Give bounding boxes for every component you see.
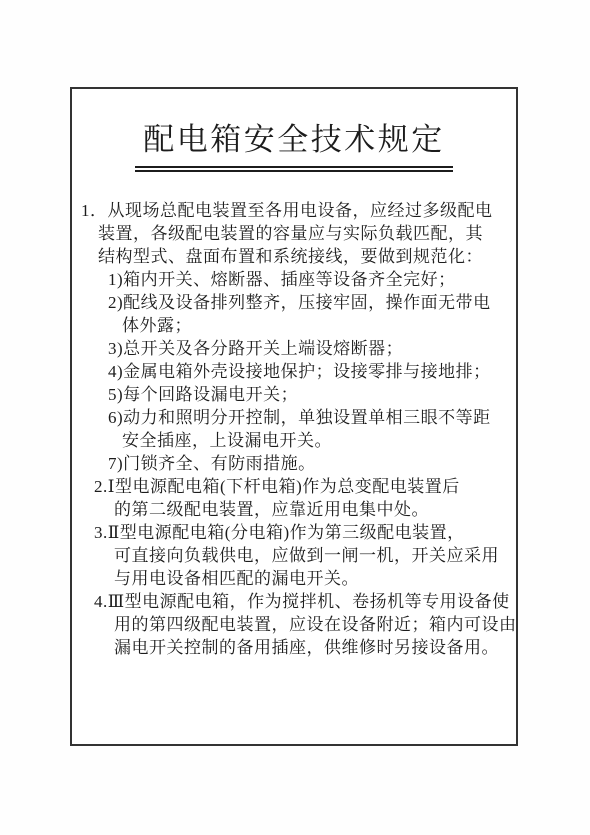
doc-line: 装置，各级配电装置的容量应与实际负载匹配，其 [72, 222, 516, 245]
doc-line-item2: 2.Ⅰ型电源配电箱(下杆电箱)作为总变配电装置后 [72, 475, 516, 498]
doc-subitem-2: 2)配线及设备排列整齐，压接牢固，操作面无带电 [72, 291, 516, 314]
doc-line: 可直接向负载供电，应做到一闸一机，开关应采用 [72, 544, 516, 567]
scanned-page: 配电箱安全技术规定 1．从现场总配电装置至各用电设备，应经过多级配电 装置，各级… [0, 0, 590, 835]
doc-line: 与用电设备相匹配的漏电开关。 [72, 567, 516, 590]
doc-line: 安全插座，上设漏电开关。 [72, 429, 516, 452]
doc-line: 结构型式、盘面布置和系统接线，要做到规范化： [72, 245, 516, 268]
title-block: 配电箱安全技术规定 [72, 122, 516, 168]
doc-subitem-3: 3)总开关及各分路开关上端设熔断器； [72, 337, 516, 360]
doc-subitem-6: 6)动力和照明分开控制，单独设置单相三眼不等距 [72, 406, 516, 429]
doc-subitem-1: 1)箱内开关、熔断器、插座等设备齐全完好； [72, 268, 516, 291]
doc-line: 体外露； [72, 314, 516, 337]
page-title: 配电箱安全技术规定 [135, 122, 453, 168]
doc-subitem-5: 5)每个回路设漏电开关； [72, 383, 516, 406]
document-border-frame: 配电箱安全技术规定 1．从现场总配电装置至各用电设备，应经过多级配电 装置，各级… [70, 87, 518, 746]
doc-subitem-4: 4)金属电箱外壳设接地保护；设接零排与接地排； [72, 360, 516, 383]
doc-line-item3: 3.Ⅱ型电源配电箱(分电箱)作为第三级配电装置， [72, 521, 516, 544]
document-body: 1．从现场总配电装置至各用电设备，应经过多级配电 装置，各级配电装置的容量应与实… [72, 199, 516, 659]
doc-line: 漏电开关控制的备用插座，供维修时另接设备用。 [72, 636, 516, 659]
doc-line-item4: 4.Ⅲ型电源配电箱，作为搅拌机、卷扬机等专用设备使 [72, 590, 516, 613]
doc-line-item1: 1．从现场总配电装置至各用电设备，应经过多级配电 [72, 199, 516, 222]
doc-subitem-7: 7)门锁齐全、有防雨措施。 [72, 452, 516, 475]
doc-line: 用的第四级配电装置，应设在设备附近；箱内可设由 [72, 613, 516, 636]
doc-line: 的第二级配电装置，应靠近用电集中处。 [72, 498, 516, 521]
